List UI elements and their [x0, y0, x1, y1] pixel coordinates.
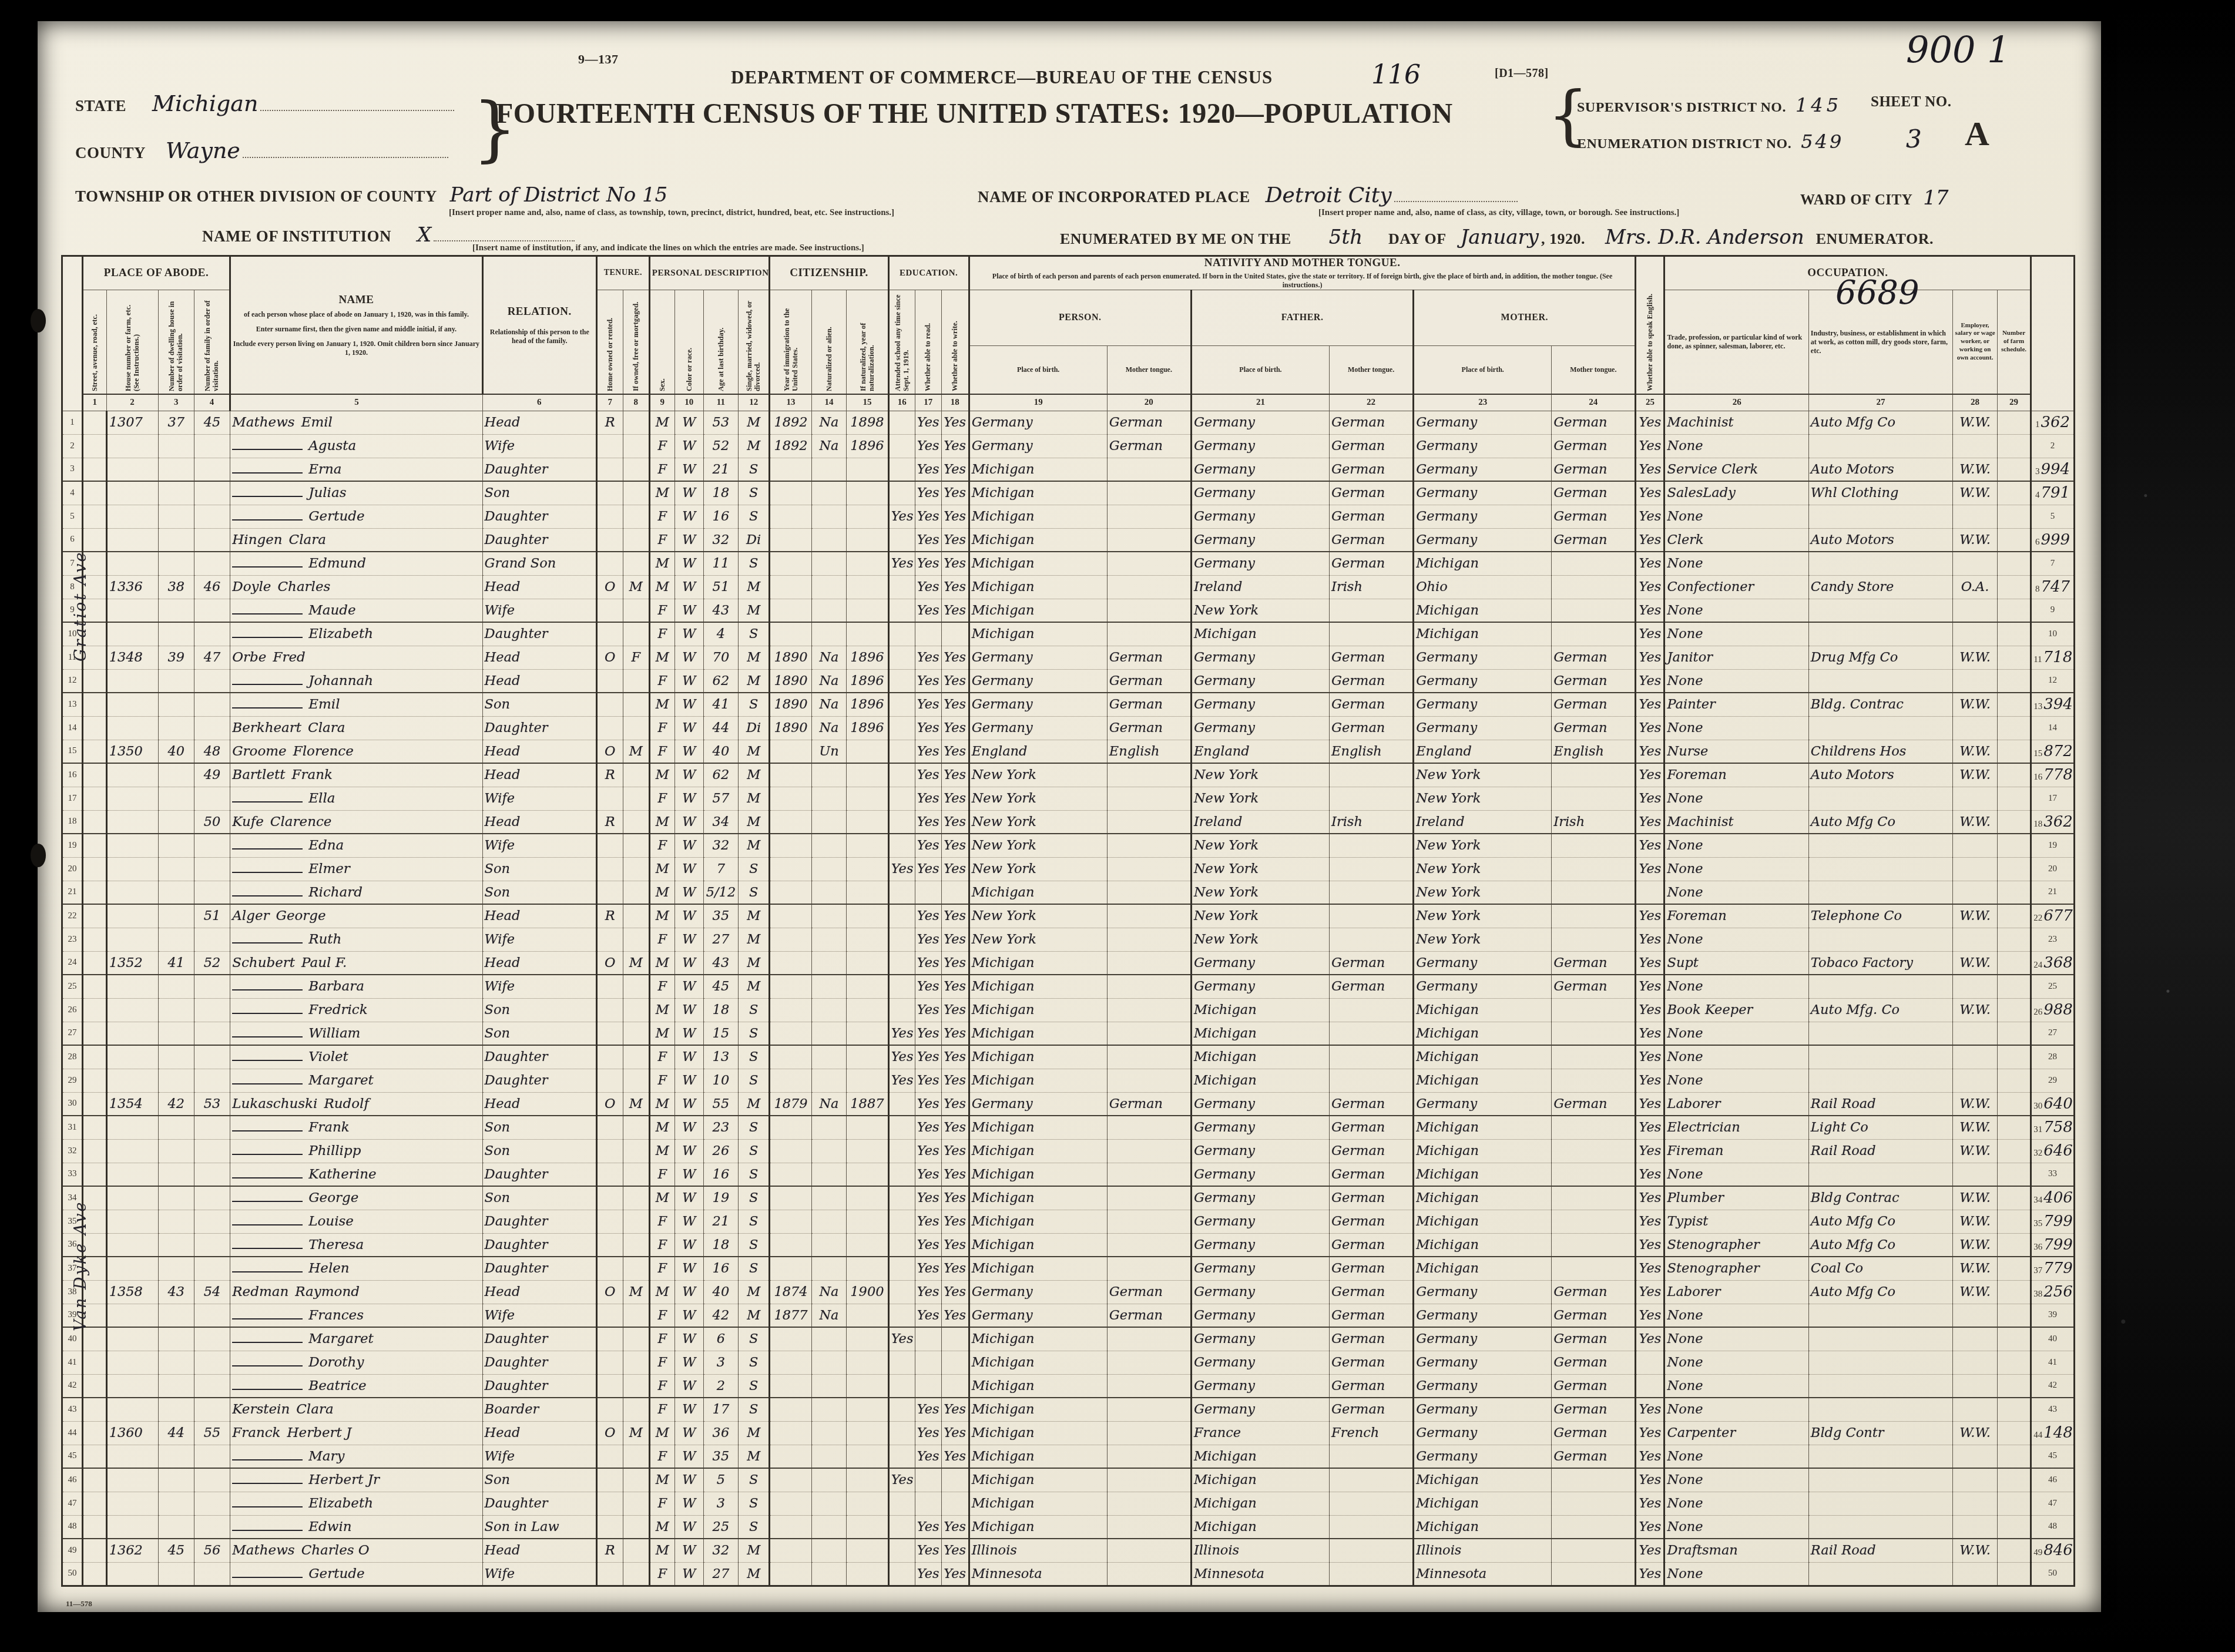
cell-sc: Yes [888, 1045, 915, 1069]
cell-sc [888, 646, 915, 669]
printed-line-number: 30 [2033, 1102, 2042, 1111]
value-rd: Yes [917, 1519, 939, 1535]
line-number: 20 [62, 857, 83, 881]
cell-sx: F [649, 599, 674, 622]
cell-pb: New York [969, 787, 1107, 810]
cell-mp: Germany [1414, 1351, 1552, 1374]
cell-in [1808, 1351, 1952, 1374]
value-wr: Yes [944, 1096, 966, 1112]
cell-im [770, 928, 812, 951]
value-wr: Yes [944, 1120, 966, 1135]
value-en: Yes [1639, 650, 1662, 665]
value-sc: Yes [891, 1472, 914, 1488]
margin-annotation: 799 [2043, 1213, 2073, 1230]
cell-street [82, 1421, 106, 1445]
value-en: Yes [1639, 1214, 1662, 1229]
printed-line-number: 17 [2048, 794, 2057, 803]
cell-dw: 43 [158, 1280, 194, 1304]
cell-rc: W [674, 669, 703, 693]
cell-mr: S [739, 1374, 770, 1398]
cell-farm [1997, 411, 2031, 434]
value-wr: Yes [944, 791, 966, 806]
cell-ag: 34 [703, 810, 738, 834]
value-wr: Yes [944, 462, 966, 477]
cell-mo: M [623, 1280, 649, 1304]
cell-rc: W [674, 1562, 703, 1586]
value-sx: F [657, 1214, 667, 1229]
cell-fm: German [1330, 975, 1414, 998]
cell-im [770, 951, 812, 975]
cell-mm: German [1552, 646, 1636, 669]
value-mr: S [749, 1143, 758, 1159]
cell-mp: New York [1414, 881, 1552, 904]
cell-sx: M [649, 1186, 674, 1210]
value-ag: 4 [717, 626, 725, 642]
given-name: Edwin [308, 1519, 351, 1535]
value-ag: 44 [713, 720, 730, 736]
cell-tr: Plumber [1664, 1186, 1808, 1210]
table-row-26: 26FredrickSonMW18SYesYesMichiganMichigan… [62, 998, 2075, 1022]
value-ag: 21 [713, 462, 730, 477]
cell-rd: Yes [915, 669, 941, 693]
cell-sx: F [649, 1233, 674, 1257]
value-pb: Germany [972, 1284, 1033, 1300]
cell-mr: S [739, 1515, 770, 1539]
value-pb: Michigan [972, 885, 1035, 900]
cell-fm: German [1330, 1233, 1414, 1257]
value-sx: M [656, 1472, 669, 1488]
cell-street [82, 1374, 106, 1398]
cell-mp: Michigan [1414, 622, 1552, 646]
cell-fm [1330, 1515, 1414, 1539]
value-ag: 26 [713, 1143, 730, 1159]
cell-rel: Wife [482, 928, 596, 951]
street-name-gratiot: Gratiot Ave [72, 468, 90, 662]
line-number: 17 [62, 787, 83, 810]
col-number-1: 1 [82, 394, 106, 411]
value-rel: Head [485, 1284, 521, 1300]
cell-farm [1997, 1022, 2031, 1045]
cell-f [194, 1022, 230, 1045]
ditto-mark [232, 511, 303, 521]
value-rc: W [682, 1002, 696, 1018]
value-mr: M [747, 955, 760, 971]
cell-dw [158, 904, 194, 928]
value-mr: M [747, 767, 760, 783]
cell-wr: Yes [941, 458, 969, 481]
value-rc: W [682, 438, 696, 454]
cell-na [811, 787, 846, 810]
given-name: Fred [273, 650, 305, 665]
cell-mo [623, 1327, 649, 1351]
cell-mt [1107, 528, 1191, 552]
cell-farm [1997, 1139, 2031, 1163]
line-number: 44 [62, 1421, 83, 1445]
printed-line-number: 8 [2035, 585, 2040, 594]
value-mp: Germany [1416, 532, 1477, 548]
cell-tr: Confectioner [1664, 575, 1808, 599]
value-en: Yes [1639, 1519, 1662, 1535]
cell-in: Whl Clothing [1808, 481, 1952, 505]
value-pb: Michigan [972, 1355, 1035, 1370]
cell-mm [1552, 998, 1636, 1022]
cell-wr: Yes [941, 857, 969, 881]
cell-dw [158, 763, 194, 787]
cell-f [194, 998, 230, 1022]
col20-header: Mother tongue. [1107, 346, 1191, 395]
cell-farm [1997, 1515, 2031, 1539]
cell-em: W.W. [1953, 1421, 1998, 1445]
place-label: NAME OF INCORPORATED PLACE [978, 188, 1250, 206]
cell-fm: German [1330, 434, 1414, 458]
cell-f [194, 1163, 230, 1186]
col-number-5: 5 [230, 394, 482, 411]
value-en: Yes [1639, 861, 1662, 877]
printed-line-number: 4 [2035, 491, 2040, 500]
cell-ny [847, 881, 889, 904]
cell-em [1953, 1445, 1998, 1468]
value-wr: Yes [944, 1190, 966, 1206]
value-fp: New York [1194, 932, 1259, 947]
cell-f [194, 622, 230, 646]
printed-line-number: 10 [2048, 629, 2057, 639]
cell-rd [915, 881, 941, 904]
cell-wr: Yes [941, 1257, 969, 1280]
cell-mt [1107, 1539, 1191, 1562]
cell-f [194, 1139, 230, 1163]
value-h: 1362 [109, 1543, 143, 1558]
cell-ny [847, 552, 889, 575]
margin-annotation: 778 [2043, 766, 2073, 784]
cell-fm: English [1330, 740, 1414, 763]
col26-header: Trade, profession, or particular kind of… [1664, 290, 1808, 395]
cell-sx: M [649, 857, 674, 881]
cell-sx: M [649, 951, 674, 975]
cell-mr: S [739, 1257, 770, 1280]
cell-sx: M [649, 646, 674, 669]
margin-line-number: 27 [2031, 1022, 2075, 1045]
value-mp: Germany [1416, 485, 1477, 501]
cell-sc: Yes [888, 505, 915, 528]
cell-en: Yes [1636, 975, 1664, 998]
value-pb: New York [972, 861, 1036, 877]
value-in: Auto Mfg Co [1811, 415, 1895, 430]
surname: Redman [232, 1284, 288, 1300]
cell-en: Yes [1636, 622, 1664, 646]
value-ag: 32 [713, 1543, 730, 1558]
cell-mo [623, 810, 649, 834]
value-mt: German [1109, 1284, 1163, 1300]
cell-mo [623, 1210, 649, 1233]
cell-rd: Yes [915, 1257, 941, 1280]
cell-dw [158, 1163, 194, 1186]
cell-wr: Yes [941, 1163, 969, 1186]
cell-in: Auto Mfg Co [1808, 411, 1952, 434]
value-mp: Germany [1416, 509, 1477, 524]
cell-mt: English [1107, 740, 1191, 763]
value-in: Whl Clothing [1811, 485, 1899, 501]
cell-pb: Michigan [969, 1468, 1107, 1492]
cell-rel: Wife [482, 975, 596, 998]
value-em: W.W. [1959, 1190, 1991, 1206]
given-name: Violet [308, 1049, 348, 1065]
cell-im [770, 458, 812, 481]
cell-mm [1552, 1515, 1636, 1539]
margin-line-number: 13394 [2031, 693, 2075, 716]
value-in: Rail Road [1811, 1543, 1876, 1558]
cell-en: Yes [1636, 599, 1664, 622]
cell-in: Rail Road [1808, 1092, 1952, 1116]
cell-mo [623, 975, 649, 998]
cell-mp: Michigan [1414, 1233, 1552, 1257]
margin-line-number: 9 [2031, 599, 2075, 622]
dayof-label: DAY OF [1388, 230, 1447, 247]
cell-wr: Yes [941, 1398, 969, 1421]
cell-h [106, 1445, 158, 1468]
value-mr: M [747, 1284, 760, 1300]
cell-h [106, 622, 158, 646]
cell-own [596, 834, 623, 857]
cell-farm [1997, 1421, 2031, 1445]
cell-na [811, 1327, 846, 1351]
cell-sc [888, 834, 915, 857]
value-em: W.W. [1959, 744, 1991, 759]
value-sx: F [657, 1566, 667, 1582]
value-mp: Michigan [1416, 1519, 1479, 1535]
surname: Franck [232, 1425, 280, 1441]
cell-en: Yes [1636, 528, 1664, 552]
cell-own [596, 1515, 623, 1539]
cell-ny [847, 740, 889, 763]
state-label: STATE [75, 97, 126, 115]
value-ag: 53 [713, 415, 730, 430]
cell-f [194, 1468, 230, 1492]
value-ag: 18 [713, 1237, 730, 1253]
enumeration-district-label: ENUMERATION DISTRICT NO. [1577, 136, 1791, 152]
cell-im [770, 1210, 812, 1233]
cell-mm [1552, 1233, 1636, 1257]
cell-fp: Germany [1191, 1163, 1329, 1186]
ditto-mark [232, 981, 303, 990]
cell-street [82, 857, 106, 881]
cell-ag: 7 [703, 857, 738, 881]
value-em: W.W. [1959, 1543, 1991, 1558]
value-fm: German [1331, 673, 1385, 689]
cell-mm: German [1552, 1445, 1636, 1468]
cell-fp: Germany [1191, 1257, 1329, 1280]
value-f: 56 [204, 1543, 221, 1558]
value-dw: 44 [167, 1425, 184, 1441]
value-ag: 57 [713, 791, 730, 806]
cell-fp: Germany [1191, 1351, 1329, 1374]
value-sx: M [656, 814, 669, 830]
cell-fm [1330, 1562, 1414, 1586]
cell-rel: Son [482, 881, 596, 904]
cell-name: Margaret [230, 1327, 482, 1351]
census-rows: 113073745Mathews EmilHeadRMW53M1892Na189… [62, 411, 2075, 1586]
cell-ny [847, 1468, 889, 1492]
cell-fm: German [1330, 669, 1414, 693]
hole-punch-top [31, 309, 46, 333]
cell-own [596, 1351, 623, 1374]
value-na: Un [819, 744, 838, 759]
value-rd: Yes [917, 1425, 939, 1441]
cell-na [811, 1069, 846, 1092]
cell-rd: Yes [915, 458, 941, 481]
cell-dw [158, 1304, 194, 1327]
cell-f [194, 693, 230, 716]
value-ag: 16 [713, 1167, 730, 1182]
value-sx: F [657, 791, 667, 806]
cell-f: 54 [194, 1280, 230, 1304]
value-ag: 5 [717, 1472, 725, 1488]
value-fp: Germany [1194, 1355, 1255, 1370]
cell-mm [1552, 834, 1636, 857]
cell-wr: Yes [941, 575, 969, 599]
value-mt: German [1109, 438, 1163, 454]
cell-ny: 1896 [847, 669, 889, 693]
printed-line-number: 15 [2033, 749, 2042, 758]
cell-farm [1997, 1186, 2031, 1210]
cell-name: William [230, 1022, 482, 1045]
cell-em [1953, 1492, 1998, 1515]
value-rd: Yes [917, 744, 939, 759]
cell-pb: New York [969, 928, 1107, 951]
value-em: W.W. [1959, 767, 1991, 783]
cell-pb: Michigan [969, 552, 1107, 575]
cell-im [770, 528, 812, 552]
cell-farm [1997, 1116, 2031, 1139]
cell-h [106, 998, 158, 1022]
cell-tr: None [1664, 1069, 1808, 1092]
cell-sc [888, 904, 915, 928]
cell-f [194, 528, 230, 552]
value-rd: Yes [917, 1073, 939, 1088]
value-em: W.W. [1959, 1096, 1991, 1112]
cell-na [811, 599, 846, 622]
cell-pb: Michigan [969, 1022, 1107, 1045]
margin-line-number: 19 [2031, 834, 2075, 857]
subgroup-person: PERSON. [969, 290, 1191, 346]
value-im: 1874 [774, 1284, 807, 1300]
value-dw: 42 [167, 1096, 184, 1112]
surname: Kufe [232, 814, 264, 830]
cell-name: Theresa [230, 1233, 482, 1257]
value-pb: Michigan [972, 1049, 1035, 1065]
cell-street [82, 1562, 106, 1586]
cell-mm [1552, 857, 1636, 881]
value-mo: M [629, 579, 643, 595]
cell-name: George [230, 1186, 482, 1210]
cell-ny [847, 481, 889, 505]
cell-farm [1997, 1069, 2031, 1092]
value-fp: Germany [1194, 509, 1255, 524]
value-ny: 1900 [850, 1284, 884, 1300]
table-row-44: 4413604455Franck Herbert JHeadOMMW36MYes… [62, 1421, 2075, 1445]
value-en: Yes [1639, 1425, 1662, 1441]
col6-relation-header: RELATION. Relationship of this person to… [482, 256, 596, 395]
value-mp: Germany [1416, 462, 1477, 477]
table-row-41: 41DorothyDaughterFW3SMichiganGermanyGerm… [62, 1351, 2075, 1374]
cell-sx: M [649, 810, 674, 834]
margin-line-number: 31758 [2031, 1116, 2075, 1139]
cell-f [194, 857, 230, 881]
value-mp: Germany [1416, 1096, 1477, 1112]
value-dw: 38 [167, 579, 184, 595]
margin-line-number: 23 [2031, 928, 2075, 951]
cell-tr: Draftsman [1664, 1539, 1808, 1562]
value-rc: W [682, 1543, 696, 1558]
cell-farm [1997, 1468, 2031, 1492]
given-name: Elmer [308, 861, 350, 877]
printed-line-number: 31 [2033, 1125, 2042, 1134]
margin-line-number: 46 [2031, 1468, 2075, 1492]
supervisor-label: SUPERVISOR'S DISTRICT NO. [1577, 100, 1786, 115]
cell-name: Beatrice [230, 1374, 482, 1398]
corner-note: 900 1 [1906, 28, 2011, 71]
cell-rel: Wife [482, 1562, 596, 1586]
value-rd: Yes [917, 556, 939, 571]
value-rc: W [682, 1355, 696, 1370]
value-em: W.W. [1959, 485, 1991, 501]
cell-rel: Son in Law [482, 1515, 596, 1539]
value-sc: Yes [891, 1073, 914, 1088]
printed-line-number: 2 [2051, 441, 2055, 451]
cell-rc: W [674, 763, 703, 787]
cell-in [1808, 857, 1952, 881]
cell-own [596, 1468, 623, 1492]
cell-fp: Michigan [1191, 1069, 1329, 1092]
cell-rd: Yes [915, 1069, 941, 1092]
cell-mt: German [1107, 669, 1191, 693]
cell-im [770, 1515, 812, 1539]
cell-mo: M [623, 1421, 649, 1445]
cell-sx: F [649, 740, 674, 763]
cell-rc: W [674, 1257, 703, 1280]
cell-mo [623, 857, 649, 881]
cell-street [82, 1492, 106, 1515]
value-fp: Michigan [1194, 626, 1257, 642]
cell-ny [847, 1210, 889, 1233]
cell-ny [847, 904, 889, 928]
ditto-mark [232, 1310, 303, 1319]
cell-own [596, 1210, 623, 1233]
cell-mm [1552, 928, 1636, 951]
cell-rc: W [674, 1374, 703, 1398]
cell-rc: W [674, 1492, 703, 1515]
col-number-21: 21 [1191, 394, 1329, 411]
table-row-8: 813363846Doyle CharlesHeadOMMW51MYesYesM… [62, 575, 2075, 599]
margin-annotation: 999 [2041, 531, 2070, 549]
value-own: O [605, 1284, 615, 1300]
cell-dw [158, 1022, 194, 1045]
cell-farm [1997, 434, 2031, 458]
cell-tr: None [1664, 975, 1808, 998]
cell-im [770, 1327, 812, 1351]
cell-mp: New York [1414, 787, 1552, 810]
value-sx: F [657, 1308, 667, 1323]
cell-fp: Germany [1191, 411, 1329, 434]
value-wr: Yes [944, 1543, 966, 1558]
value-rc: W [682, 1308, 696, 1323]
cell-rc: W [674, 951, 703, 975]
table-row-34: 34GeorgeSonMW19SYesYesMichiganGermanyGer… [62, 1186, 2075, 1210]
cell-rc: W [674, 481, 703, 505]
cell-h [106, 1351, 158, 1374]
value-tr: Painter [1667, 697, 1715, 712]
cell-sc [888, 1280, 915, 1304]
sheet-label: SHEET NO. [1871, 94, 1951, 110]
